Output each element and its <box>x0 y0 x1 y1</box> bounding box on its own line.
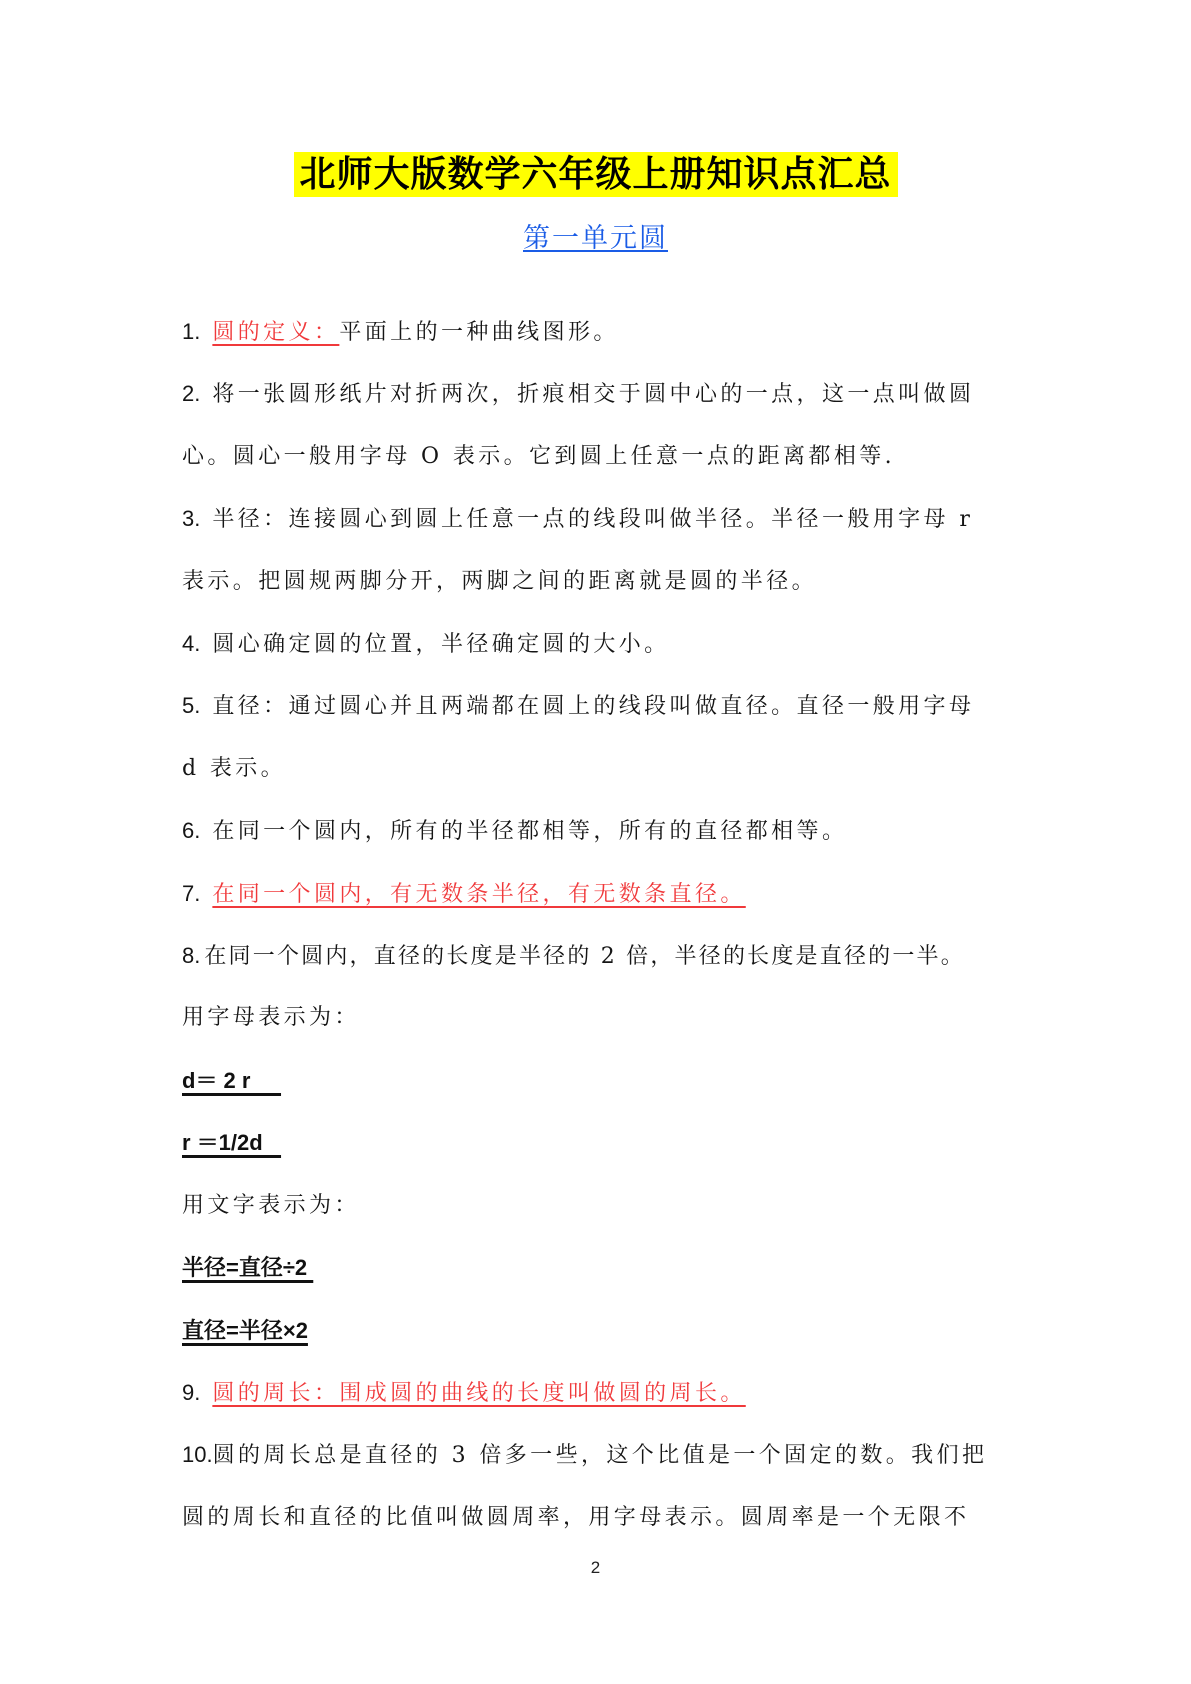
list-item-2: 2.将一张圆形纸片对折两次，折痕相交于圆中心的一点，这一点叫做圆 <box>182 379 974 409</box>
list-item-9: 9.圆的周长：围成圆的曲线的长度叫做圆的周长。 <box>182 1378 746 1408</box>
item-text: 圆心确定圆的位置，半径确定圆的大小。 <box>212 632 669 657</box>
list-item-6: 6.在同一个圆内，所有的半径都相等，所有的直径都相等。 <box>182 816 847 846</box>
list-item-3-continuation: 表示。把圆规两脚分开，两脚之间的距离就是圆的半径。 <box>182 567 817 597</box>
item-text-continuation: 心。圆心一般用字母 O 表示。它到圆上任意一点的距离都相等. <box>182 444 895 469</box>
page-number: 2 <box>0 1558 1191 1578</box>
list-item-8: 8.在同一个圆内，直径的长度是半径的 2 倍，半径的长度是直径的一半。 <box>182 941 965 971</box>
unit-heading-link[interactable]: 第一单元圆 <box>523 222 668 256</box>
item-emphasis: 在同一个圆内，有无数条半径，有无数条直径。 <box>212 882 745 907</box>
document-page: 北师大版数学六年级上册知识点汇总 第一单元圆 1.圆的定义：平面上的一种曲线图形… <box>0 0 1191 1684</box>
list-item-2-continuation: 心。圆心一般用字母 O 表示。它到圆上任意一点的距离都相等. <box>182 442 895 472</box>
item-text-continuation: 用字母表示为： <box>182 1005 360 1030</box>
formula-diameter-words: 直径=半径×2 <box>182 1316 308 1346</box>
item-number: 5. <box>182 693 200 718</box>
formula-text: 半径=直径÷2 <box>182 1255 313 1280</box>
document-title: 北师大版数学六年级上册知识点汇总 <box>294 152 898 197</box>
item-text: 直径：通过圆心并且两端都在圆上的线段叫做直径。直径一般用字母 <box>212 694 974 719</box>
formula-text: d＝ 2 r <box>182 1068 281 1093</box>
list-item-5: 5.直径：通过圆心并且两端都在圆上的线段叫做直径。直径一般用字母 <box>182 691 974 721</box>
item-number: 7. <box>182 881 200 906</box>
item-emphasis: 圆的周长：围成圆的曲线的长度叫做圆的周长。 <box>212 1381 745 1406</box>
formula-text: 直径=半径×2 <box>182 1318 308 1343</box>
list-item-10: 10.圆的周长总是直径的 3 倍多一些，这个比值是一个固定的数。我们把 <box>182 1440 987 1470</box>
formula-text: r ＝1/2d <box>182 1130 281 1155</box>
item-text: 圆的周长总是直径的 3 倍多一些，这个比值是一个固定的数。我们把 <box>213 1443 988 1468</box>
words-label: 用文字表示为： <box>182 1191 360 1221</box>
item-number: 2. <box>182 381 200 406</box>
item-text-continuation: 圆的周长和直径的比值叫做圆周率，用字母表示。圆周率是一个无限不 <box>182 1505 969 1530</box>
label-text: 用文字表示为： <box>182 1193 360 1218</box>
list-item-10-continuation: 圆的周长和直径的比值叫做圆周率，用字母表示。圆周率是一个无限不 <box>182 1503 969 1533</box>
list-item-7: 7.在同一个圆内，有无数条半径，有无数条直径。 <box>182 879 746 909</box>
list-item-3: 3.半径：连接圆心到圆上任意一点的线段叫做半径。半径一般用字母 r <box>182 504 973 534</box>
letters-label: 用字母表示为： <box>182 1003 360 1033</box>
item-number: 1. <box>182 319 200 344</box>
item-number: 6. <box>182 818 200 843</box>
item-text: 在同一个圆内，所有的半径都相等，所有的直径都相等。 <box>212 819 847 844</box>
item-text: 将一张圆形纸片对折两次，折痕相交于圆中心的一点，这一点叫做圆 <box>212 382 974 407</box>
item-text-continuation: 表示。把圆规两脚分开，两脚之间的距离就是圆的半径。 <box>182 569 817 594</box>
formula-radius-words: 半径=直径÷2 <box>182 1253 313 1283</box>
item-number: 9. <box>182 1380 200 1405</box>
list-item-5-continuation: d 表示。 <box>182 754 286 784</box>
item-number: 4. <box>182 631 200 656</box>
item-text: 半径：连接圆心到圆上任意一点的线段叫做半径。半径一般用字母 r <box>212 507 973 532</box>
item-text: 在同一个圆内，直径的长度是半径的 2 倍，半径的长度是直径的一半。 <box>204 944 965 969</box>
list-item-4: 4.圆心确定圆的位置，半径确定圆的大小。 <box>182 629 670 659</box>
item-text: 平面上的一种曲线图形。 <box>339 320 618 345</box>
item-number: 10. <box>182 1442 213 1467</box>
formula-radius-letters: r ＝1/2d <box>182 1128 281 1158</box>
item-number: 3. <box>182 506 200 531</box>
item-number: 8. <box>182 943 200 968</box>
formula-diameter-letters: d＝ 2 r <box>182 1066 281 1096</box>
list-item-1: 1.圆的定义：平面上的一种曲线图形。 <box>182 317 619 347</box>
item-emphasis: 圆的定义： <box>212 320 339 345</box>
title-container: 北师大版数学六年级上册知识点汇总 <box>0 152 1191 197</box>
item-text-continuation: d 表示。 <box>182 756 286 781</box>
subtitle-container: 第一单元圆 <box>0 222 1191 256</box>
